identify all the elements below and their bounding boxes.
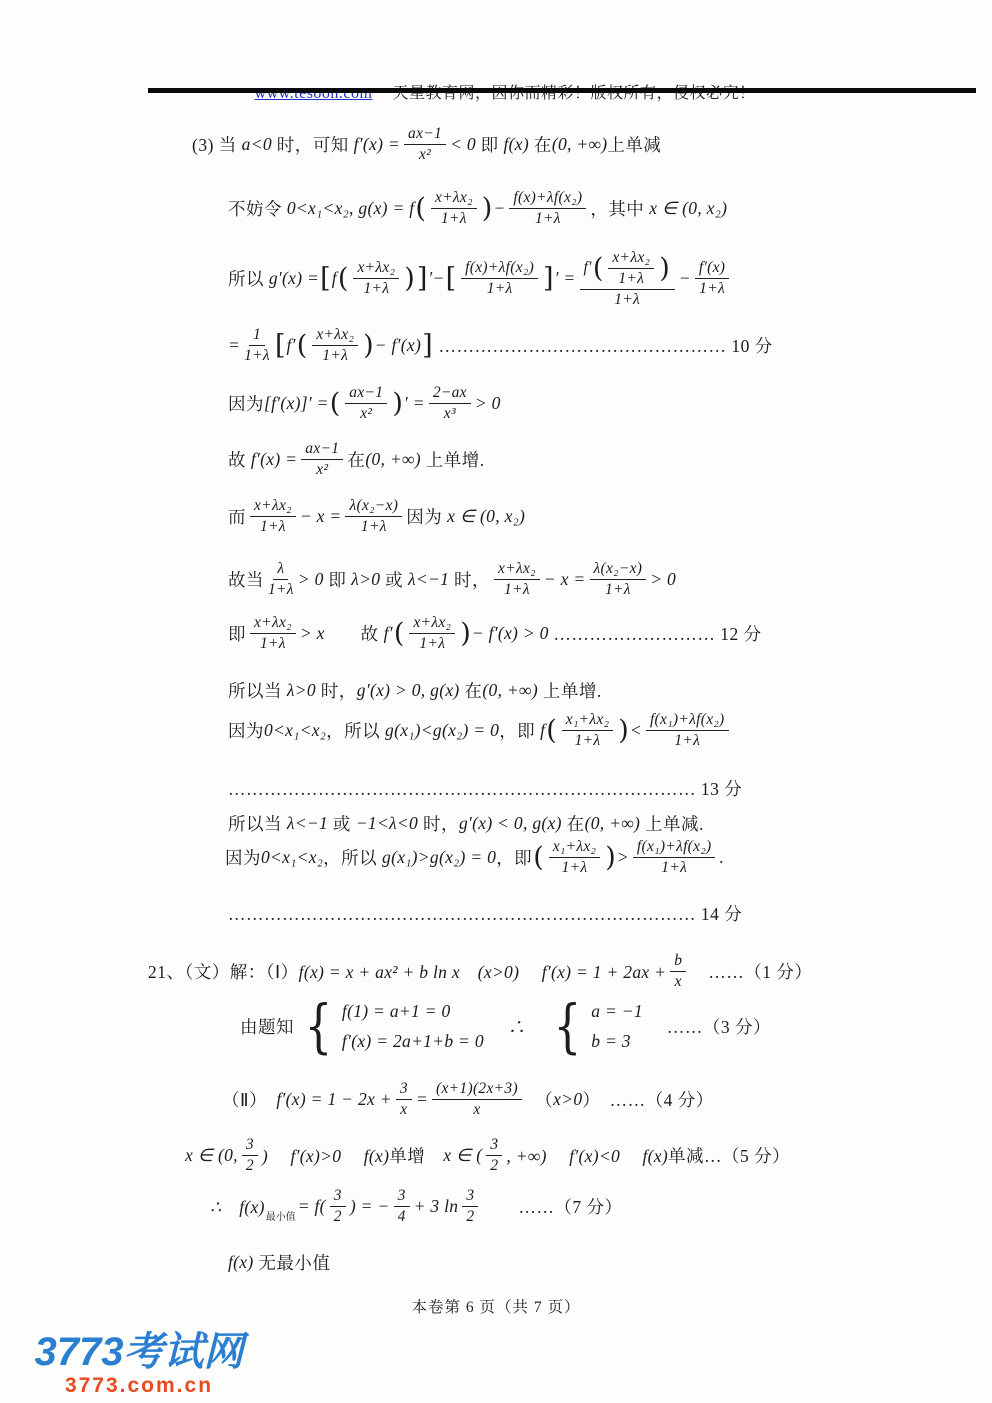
fraction: f(x₁)+λf(x₂)1+λ [633, 838, 716, 877]
math-line: 由题知{f(1) = a+1 = 0f′(x) = 2a+1+b = 0 ∴ {… [240, 1000, 771, 1052]
text-run: x ∈ (0, [185, 1145, 238, 1166]
text-run: 由题知 [240, 1014, 294, 1039]
math-text: 3 [490, 1136, 498, 1154]
numerator: x₁+λx₂ [549, 838, 601, 858]
numerator: x₁+λx₂ [562, 711, 614, 731]
math-text: x [400, 1101, 407, 1119]
text-run: f [332, 268, 337, 289]
denominator: 1+λ [614, 290, 640, 309]
math-text: 1+λ [322, 347, 348, 365]
math-text: 2 [466, 1208, 474, 1226]
numerator: λ(x₂−x) [590, 560, 647, 580]
numerator: 3 [396, 1080, 412, 1100]
math-line: 故当λ1+λ> 0 即 λ>0 或 λ<−1 时，x+λx₂1+λ− x =λ(… [228, 560, 676, 599]
text-run: − [493, 198, 505, 219]
math-text: x [675, 973, 682, 991]
numerator: f(x₁)+λf(x₂) [633, 838, 716, 858]
text-run: f′(x) = 2a+1+b = 0 [342, 1031, 484, 1052]
site-logo-3773: 3773考试网 3773.com.cn [24, 1331, 254, 1398]
math-text: 3 [400, 1080, 408, 1098]
math-text: 1+λ [618, 270, 644, 288]
denominator: 2 [334, 1207, 342, 1226]
math-line: 因为[f′(x)]′ =(ax−1x²)′ =2−axx³> 0 [228, 384, 501, 423]
fraction: f′(x+λx₂1+λ)1+λ [580, 249, 675, 308]
math-text: f(x₁)+λf(x₂) [637, 838, 712, 856]
denominator: 1+λ [575, 731, 601, 750]
math-text: f(x₁)+λf(x₂) [650, 711, 725, 729]
denominator: x² [360, 404, 372, 423]
fraction: f(x)+λf(x₂)1+λ [461, 259, 538, 298]
text-run: − f′(x) > 0 [472, 623, 554, 644]
numerator: f(x)+λf(x₂) [509, 189, 586, 209]
bracket: ( [533, 844, 544, 871]
text-run: 0<x₁<x₂ [261, 847, 323, 868]
text-run: 时， [316, 678, 357, 703]
math-text: x+λx₂ [316, 326, 354, 344]
bracket: ] [417, 265, 428, 292]
text-run: ) = − [350, 1196, 390, 1217]
denominator: 1+λ [260, 634, 286, 653]
numerator: 3 [394, 1187, 410, 1207]
text-run: 故 [228, 447, 251, 472]
math-line: （Ⅱ） f′(x) = 1 − 2x +3x=(x+1)(2x+3)x （x>0… [222, 1080, 714, 1119]
cases-rows: f(1) = a+1 = 0f′(x) = 2a+1+b = 0 [342, 1001, 484, 1052]
numerator: x+λx₂ [431, 189, 477, 209]
denominator: x³ [444, 404, 456, 423]
text-run: > x [300, 623, 325, 644]
text-run: − x = [300, 506, 342, 527]
math-text: 1+λ [361, 518, 387, 536]
math-text: 1+λ [441, 210, 467, 228]
math-line: 21、（文）解：（Ⅰ）f(x) = x + ax² + b ln x (x>0)… [148, 952, 812, 991]
math-line: 即x+λx₂1+λ> x 故 f′(x+λx₂1+λ)− f′(x) > 0 …… [228, 614, 762, 653]
math-text: λ(x₂−x) [594, 560, 643, 578]
bracket: ) [618, 717, 629, 744]
denominator: 1+λ [661, 858, 687, 877]
text-run: f(1) = a+1 = 0 [342, 1001, 451, 1022]
math-text: ax−1 [305, 440, 339, 458]
math-text: 1+λ [419, 635, 445, 653]
text-run: 或 [328, 811, 356, 836]
text-run: ，其中 [590, 196, 649, 221]
text-run: λ<−1 [287, 813, 328, 834]
text-run: 上单增. [538, 678, 602, 703]
text-run: …………………………………………………………………… 13 分 [228, 776, 742, 801]
fraction: f(x)+λf(x₂)1+λ [509, 189, 586, 228]
math-text: 1+λ [605, 581, 631, 599]
text-run: f′ [384, 623, 393, 644]
math-line: ∴ f(x)最小值= f(32) = −34+ 3 ln32 ……（7 分） [210, 1187, 623, 1226]
denominator: 1+λ [260, 517, 286, 536]
text-run: ，所以 [326, 718, 385, 743]
numerator: x+λx₂ [250, 614, 296, 634]
numerator: x+λx₂ [608, 249, 654, 269]
text-run: − [679, 268, 691, 289]
math-text: ax−1 [349, 384, 383, 402]
text-run: 即 [228, 621, 246, 646]
text-run: 21、（文）解：（Ⅰ） [148, 959, 299, 984]
math-text: 1+λ [699, 280, 725, 298]
text-run: 或 [380, 567, 408, 592]
text-run: 单增 [389, 1143, 443, 1168]
denominator: 1+λ [244, 346, 270, 365]
math-text: 1+λ [674, 732, 700, 750]
text-run: x ∈ ( [443, 1145, 482, 1166]
text-run: ′− [428, 268, 444, 289]
math-text: b [674, 952, 682, 970]
fraction: f(x₁)+λf(x₂)1+λ [646, 711, 729, 750]
numerator: λ [273, 560, 288, 580]
denominator: 1+λ [618, 269, 644, 288]
text-run: 即 [481, 132, 504, 157]
text-run: 因为 [406, 504, 447, 529]
left-brace-icon: { [305, 1000, 333, 1052]
bracket: ( [593, 255, 604, 282]
math-text: 1+λ [535, 210, 561, 228]
text-run: ′ = [555, 268, 576, 289]
text-run: 单减…（5 分） [668, 1143, 790, 1168]
text-run: 因为 [228, 718, 264, 743]
fraction: f′(x)1+λ [695, 259, 729, 298]
text-run: (0, +∞) [365, 449, 421, 470]
math-text: 1+λ [562, 859, 588, 877]
math-text: 1+λ [260, 518, 286, 536]
math-line: 不妨令 0<x₁<x₂, g(x) = f(x+λx₂1+λ)−f(x)+λf(… [228, 189, 727, 228]
math-text: x+λx₂ [435, 189, 473, 207]
fraction: 2−axx³ [429, 384, 471, 423]
text-run: = [416, 1089, 428, 1110]
text-run: f′(x) = [354, 134, 400, 155]
math-line: …………………………………………………………………… 14 分 [228, 901, 742, 926]
bracket: ) [605, 844, 616, 871]
bracket: ] [543, 265, 554, 292]
fraction: 3x [396, 1080, 412, 1119]
math-line: 所以 g′(x) =[f(x+λx₂1+λ)]′−[f(x)+λf(x₂)1+λ… [228, 249, 733, 308]
math-line: 所以当 λ<−1 或 −1<λ<0 时，g′(x) < 0, g(x) 在(0,… [228, 811, 704, 836]
cases-row: f′(x) = 2a+1+b = 0 [342, 1031, 484, 1052]
cases-row: b = 3 [591, 1031, 643, 1052]
math-text: x² [419, 146, 431, 164]
text-run: 时， [418, 811, 459, 836]
text-run: 因为 [228, 391, 264, 416]
text-run: ……（1 分） [690, 959, 812, 984]
fraction: x+λx₂1+λ [494, 560, 540, 599]
denominator: 1+λ [487, 279, 513, 298]
numerator: x+λx₂ [250, 497, 296, 517]
text-run: ……（7 分） [482, 1194, 622, 1219]
math-text: 1+λ [363, 280, 389, 298]
text-run: ，所以 [323, 845, 382, 870]
math-solution-content: (3) 当 a<0 时，可知 f′(x) =ax−1x²< 0 即 f(x) 在… [0, 0, 992, 1403]
text-run: f(x) [503, 134, 529, 155]
math-text: x+λx₂ [498, 560, 536, 578]
text-run: [f′(x)]′ = [264, 393, 329, 414]
fraction: bx [670, 952, 686, 991]
math-text: x [473, 1101, 480, 1119]
denominator: x [473, 1100, 480, 1119]
numerator: x+λx₂ [409, 614, 455, 634]
denominator: 1+λ [504, 580, 530, 599]
fraction: x₁+λx₂1+λ [562, 711, 614, 750]
text-run: ……（3 分） [649, 1014, 771, 1039]
text-run: > 0 [650, 569, 676, 590]
fraction: x+λx₂1+λ [250, 614, 296, 653]
bracket: ) [460, 620, 471, 647]
bracket: ) [392, 390, 403, 417]
text-run: g(x₁)>g(x₂) = 0 [382, 847, 496, 868]
fraction: x+λx₂1+λ [250, 497, 296, 536]
text-run: ′ = [404, 393, 425, 414]
text-run: 故 [325, 621, 384, 646]
math-text: 3 [334, 1187, 342, 1205]
fraction: λ(x₂−x)1+λ [345, 497, 402, 536]
math-text: f′(x) [699, 259, 725, 277]
text-run: − x = [544, 569, 586, 590]
numerator: f(x)+λf(x₂) [461, 259, 538, 279]
numerator: f′(x+λx₂1+λ) [580, 249, 675, 290]
cases-rows: a = −1b = 3 [591, 1001, 643, 1052]
text-run: x ∈ (0, x₂) [649, 198, 727, 219]
numerator: 2−ax [429, 384, 471, 404]
bracket: [ [320, 265, 331, 292]
math-text: x₁+λx₂ [553, 838, 597, 856]
text-run: −1<λ<0 [356, 813, 418, 834]
text-run: + 3 ln [414, 1196, 459, 1217]
math-text: f(x)+λf(x₂) [513, 189, 582, 207]
math-text: 2 [490, 1157, 498, 1175]
text-run: a<0 [242, 134, 272, 155]
text-run: (0, +∞) [482, 680, 538, 701]
fraction: x+λx₂1+λ [312, 326, 358, 365]
text-run: ，即 [496, 845, 532, 870]
bracket: ( [330, 390, 341, 417]
bracket: ( [546, 717, 557, 744]
math-text: x+λx₂ [357, 259, 395, 277]
math-text: x³ [444, 405, 456, 423]
text-run: 而 [228, 504, 246, 529]
math-text: x+λx₂ [254, 614, 292, 632]
math-text: λ [277, 560, 284, 578]
fraction: 32 [486, 1136, 502, 1175]
numerator: ax−1 [301, 440, 343, 460]
denominator: 4 [398, 1207, 406, 1226]
denominator: 1+λ [674, 731, 700, 750]
numerator: 1 [249, 326, 265, 346]
math-line: =11+λ[f′(x+λx₂1+λ)− f′(x)] …………………………………… [228, 326, 773, 365]
text-run: 时， [449, 567, 490, 592]
math-text: 3 [466, 1187, 474, 1205]
math-line: …………………………………………………………………… 13 分 [228, 776, 742, 801]
text-run: 时，可知 [272, 132, 354, 157]
numerator: ax−1 [345, 384, 387, 404]
denominator: 1+λ [605, 580, 631, 599]
fraction: 32 [462, 1187, 478, 1226]
denominator: 1+λ [268, 580, 294, 599]
bracket: ( [297, 332, 308, 359]
fraction: ax−1x² [345, 384, 387, 423]
text-run: g′(x) > 0, g(x) [357, 680, 460, 701]
math-text: x₁+λx₂ [566, 711, 610, 729]
text-run: （Ⅱ） [222, 1087, 276, 1112]
text-run: ∴ f(x) [210, 1194, 265, 1219]
denominator: 1+λ [562, 858, 588, 877]
text-run: 在 [529, 132, 552, 157]
math-text: 2−ax [433, 384, 467, 402]
text-run: g′(x) < 0, g(x) [459, 813, 562, 834]
math-text: x+λx₂ [612, 249, 650, 267]
numerator: x+λx₂ [353, 259, 399, 279]
text-run: − f′(x) [375, 335, 421, 356]
bracket: ( [338, 265, 349, 292]
text-run: 所以 [228, 266, 269, 291]
page-number-footer: 本卷第 6 页（共 7 页） [0, 1295, 992, 1317]
math-text: 4 [398, 1208, 406, 1226]
text-run: (3) 当 [192, 132, 242, 157]
denominator: 1+λ [363, 279, 389, 298]
fraction: ax−1x² [404, 125, 446, 164]
math-text: 1+λ [487, 280, 513, 298]
bracket: ) [482, 195, 493, 222]
numerator: b [670, 952, 686, 972]
denominator: 1+λ [419, 634, 445, 653]
numerator: 3 [242, 1136, 258, 1156]
math-text: x+λx₂ [254, 497, 292, 515]
math-text: ax−1 [408, 125, 442, 143]
math-text: 2 [334, 1208, 342, 1226]
text-run: 因为 [225, 845, 261, 870]
logo-3773-title: 3773考试网 [24, 1331, 254, 1373]
cases-group: {f(1) = a+1 = 0f′(x) = 2a+1+b = 0 [300, 1000, 484, 1052]
subscript-label: 最小值 [266, 1208, 296, 1223]
text-run: 无最小值 [254, 1250, 331, 1275]
denominator: 1+λ [361, 517, 387, 536]
left-brace-icon: { [554, 1000, 582, 1052]
numerator: λ(x₂−x) [345, 497, 402, 517]
math-text: 1 [253, 326, 261, 344]
math-line: 因为0<x₁<x₂，所以 g(x₁)>g(x₂) = 0，即(x₁+λx₂1+λ… [225, 838, 724, 877]
text-run: x>0 [553, 1089, 582, 1110]
bracket: ) [659, 255, 670, 282]
text-run: = f( [298, 1196, 326, 1217]
numerator: 3 [330, 1187, 346, 1207]
math-line: (3) 当 a<0 时，可知 f′(x) =ax−1x²< 0 即 f(x) 在… [192, 125, 661, 164]
math-text: λ(x₂−x) [349, 497, 398, 515]
fraction: λ(x₂−x)1+λ [590, 560, 647, 599]
text-run: b = 3 [591, 1031, 631, 1052]
bracket: [ [275, 332, 286, 359]
text-run: 在 [460, 678, 483, 703]
bracket: ) [363, 332, 374, 359]
text-run: 上单减. [640, 811, 704, 836]
numerator: f(x₁)+λf(x₂) [646, 711, 729, 731]
denominator: x [400, 1100, 407, 1119]
text-run: g′(x) = [269, 268, 319, 289]
numerator: 3 [486, 1136, 502, 1156]
text-run: > 0 [475, 393, 501, 414]
text-run: f [540, 720, 545, 741]
text-run: λ>0 [351, 569, 380, 590]
math-text: x² [316, 461, 328, 479]
text-run: 所以当 [228, 811, 287, 836]
text-run: g(x₁)<g(x₂) = 0 [385, 720, 499, 741]
text-run: 上单减 [607, 132, 661, 157]
text-run: f′ [286, 335, 295, 356]
fraction: x+λx₂1+λ [353, 259, 399, 298]
math-text: x+λx₂ [413, 614, 451, 632]
fraction: 32 [242, 1136, 258, 1175]
math-text: 3 [398, 1187, 406, 1205]
text-run: = [228, 335, 240, 356]
text-run: 0<x₁<x₂, g(x) = f [287, 198, 415, 219]
denominator: 2 [246, 1156, 254, 1175]
denominator: 2 [490, 1156, 498, 1175]
cases-row: f(1) = a+1 = 0 [342, 1001, 484, 1022]
text-run: （ [526, 1087, 553, 1112]
text-run: λ>0 [287, 680, 316, 701]
math-text: 1+λ [614, 291, 640, 309]
text-run: 上单增. [421, 447, 485, 472]
text-run: …………………………………………………………………… 14 分 [228, 901, 742, 926]
scanned-exam-solution-page: www.tesoon.com天星教育网，因你而精彩！版权所有，侵权必究！ (3)… [0, 0, 992, 1403]
bracket: ( [394, 620, 405, 647]
numerator: x+λx₂ [494, 560, 540, 580]
text-run: ……………………… 12 分 [553, 621, 761, 646]
math-text: f(x)+λf(x₂) [465, 259, 534, 277]
math-text: 1+λ [661, 859, 687, 877]
text-run: (0, +∞) [585, 813, 641, 834]
bracket: [ [446, 265, 457, 292]
denominator: 2 [466, 1207, 474, 1226]
fraction: 32 [330, 1187, 346, 1226]
denominator: x [675, 972, 682, 991]
text-run: f′(x) = 1 − 2x + [276, 1089, 391, 1110]
math-text: x² [360, 405, 372, 423]
numerator: 3 [462, 1187, 478, 1207]
fraction: x+λx₂1+λ [608, 249, 654, 288]
math-line: f(x) 无最小值 [228, 1250, 330, 1275]
logo-3773-domain: 3773.com.cn [24, 1373, 254, 1398]
text-run: , +∞) f′(x)<0 f(x) [506, 1143, 668, 1168]
math-text: 1+λ [268, 581, 294, 599]
denominator: 1+λ [441, 209, 467, 228]
text-run: 即 [328, 567, 351, 592]
fraction: λ1+λ [268, 560, 294, 599]
numerator: ax−1 [404, 125, 446, 145]
math-text: 1+λ [244, 347, 270, 365]
math-text: 2 [246, 1157, 254, 1175]
text-run: 故当 [228, 567, 264, 592]
text-run: λ<−1 [408, 569, 449, 590]
math-text: (x+1)(2x+3) [436, 1080, 518, 1098]
bracket: ( [415, 195, 426, 222]
text-run: a = −1 [591, 1001, 643, 1022]
text-run: > [617, 847, 629, 868]
text-run: ） ……（4 分） [582, 1087, 713, 1112]
fraction: x+λx₂1+λ [409, 614, 455, 653]
numerator: (x+1)(2x+3) [432, 1080, 522, 1100]
denominator: 1+λ [699, 279, 725, 298]
math-text: 3 [246, 1136, 254, 1154]
text-run: f′(x) = [251, 449, 297, 470]
text-run: 0<x₁<x₂ [264, 720, 326, 741]
cases-row: a = −1 [591, 1001, 643, 1022]
text-run: f(x) [228, 1252, 254, 1273]
numerator: x+λx₂ [312, 326, 358, 346]
denominator: 1+λ [535, 209, 561, 228]
text-run: < 0 [450, 134, 481, 155]
fraction: 34 [394, 1187, 410, 1226]
text-run: > 0 [298, 569, 329, 590]
